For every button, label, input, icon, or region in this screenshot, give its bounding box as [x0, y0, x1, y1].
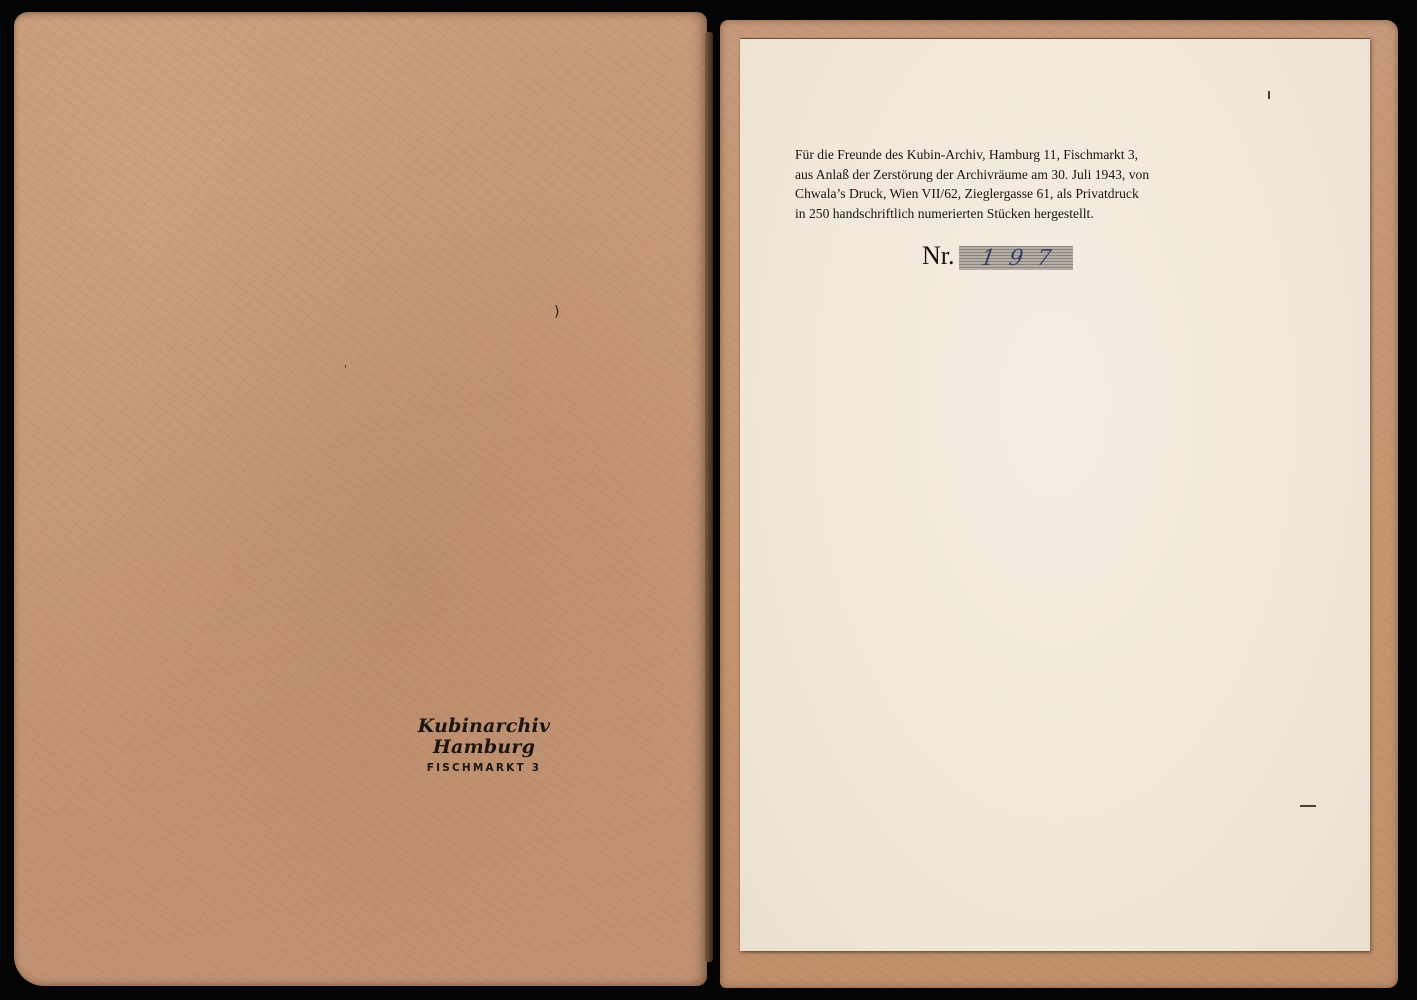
colophon-line: in 250 handschriftlich numerierten Stück…: [795, 204, 1315, 224]
back-cover: ) ' Kubinarchiv Hamburg FISCHMARKT 3: [14, 12, 707, 986]
archive-stamp: Kubinarchiv Hamburg FISCHMARKT 3: [409, 716, 559, 774]
scan-stage: ) ' Kubinarchiv Hamburg FISCHMARKT 3 Für…: [0, 0, 1417, 1000]
paper-mark: [1300, 805, 1316, 807]
colophon-line: Für die Freunde des Kubin-Archiv, Hambur…: [795, 145, 1315, 165]
colophon-line: aus Anlaß der Zerstörung der Archivräume…: [795, 165, 1315, 185]
paper-fleck: ': [344, 364, 347, 375]
stamp-address: FISCHMARKT 3: [409, 762, 559, 774]
edition-number: Nr. 197: [922, 241, 1073, 271]
colophon-page: Für die Freunde des Kubin-Archiv, Hambur…: [740, 38, 1370, 951]
stamp-city: Hamburg: [409, 737, 559, 758]
paper-fleck: ): [554, 304, 559, 320]
colophon-line: Chwala’s Druck, Wien VII/62, Zieglergass…: [795, 184, 1315, 204]
colophon-text: Für die Freunde des Kubin-Archiv, Hambur…: [795, 145, 1315, 223]
handwritten-number: 197: [965, 246, 1067, 271]
number-label: Nr.: [922, 241, 955, 271]
cover-spine-edge: [705, 32, 713, 962]
number-field: 197: [959, 246, 1073, 270]
stamp-archive-name: Kubinarchiv: [409, 716, 559, 737]
paper-mark: [1268, 91, 1270, 99]
